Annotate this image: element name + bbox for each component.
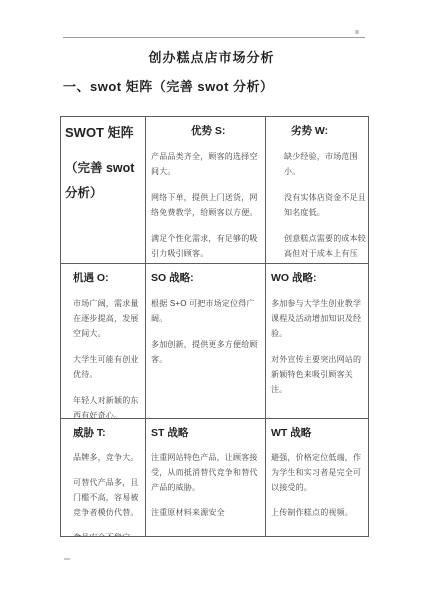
cell-header: SO 战略:	[151, 272, 260, 285]
cell-paragraph: 根据 S+O 可把市场定位得广阔。	[151, 296, 260, 326]
cell-paragraph: 市场广阔，需求量在逐步提高，发展空间大。	[73, 296, 141, 341]
cell-paragraph: 年轻人对新颖的东西有好奇心。	[73, 393, 141, 419]
cell-paragraph: 品牌多，竞争大。	[73, 450, 141, 465]
footer-corner-mark	[64, 558, 70, 560]
cell-paragraph: 注重原材料来源安全	[151, 505, 260, 520]
table-cell-st-strategy: ST 战略 注重网站特色产品，让顾客接受，从而抵消替代竞争和替代产品的威胁。 注…	[146, 419, 266, 536]
cell-header: 机遇 O:	[73, 272, 141, 285]
table-cell-wt-strategy: WT 战略 避强，价格定位低端，作为学生和实习者是完全可以接受的。 上传制作糕点…	[266, 419, 368, 536]
cell-header: WO 战略:	[271, 272, 365, 285]
header-divider-line	[63, 37, 365, 38]
cell-header: 威胁 T:	[73, 427, 141, 440]
cell-paragraph: 对外宣传主要突出网站的新颖特色来吸引顾客关注。	[271, 352, 365, 397]
cell-subheader: （完善 swot 分析）	[65, 156, 141, 206]
cell-paragraph: 没有实体店资金不足且知名度低。	[284, 190, 366, 220]
header-corner-mark	[355, 30, 359, 34]
cell-paragraph: 上传制作糕点的视频。	[271, 505, 365, 520]
cell-header: WT 战略	[271, 427, 365, 440]
cell-paragraph: 大学生可能有创业优待。	[73, 352, 141, 382]
swot-matrix-table: SWOT 矩阵 （完善 swot 分析） 优势 S: 产品品类齐全，顾客的选择空…	[60, 116, 369, 537]
page-title: 创办糕点店市场分析	[0, 47, 423, 66]
cell-header: 劣势 W:	[284, 125, 366, 138]
cell-paragraph: 缺少经验，市场范围小。	[284, 149, 366, 179]
cell-header: 优势 S:	[151, 125, 260, 138]
cell-header: SWOT 矩阵	[65, 125, 141, 141]
cell-paragraph: 注重网站特色产品，让顾客接受，从而抵消替代竞争和替代产品的威胁。	[151, 450, 260, 495]
cell-paragraph: 食品安全不稳定。	[73, 530, 141, 536]
table-cell-wo-strategy: WO 战略: 多加参与大学生创业教学课程及活动增加知识及经验。 对外宣传主要突出…	[266, 264, 368, 419]
section-heading: 一、swot 矩阵（完善 swot 分析）	[63, 76, 274, 95]
cell-paragraph: 网络下单，提供上门送货，网络免费教学，给顾客以方便。	[151, 190, 260, 220]
table-cell-opportunities: 机遇 O: 市场广阔，需求量在逐步提高，发展空间大。 大学生可能有创业优待。 年…	[61, 264, 146, 419]
cell-paragraph: 满足个性化需求，有足够的吸引力吸引顾客。	[151, 231, 260, 261]
table-cell-strengths: 优势 S: 产品品类齐全，顾客的选择空间大。 网络下单，提供上门送货，网络免费教…	[146, 117, 266, 264]
cell-paragraph: 多加创新，提供更多方便给顾客。	[151, 337, 260, 367]
table-cell-threats: 威胁 T: 品牌多，竞争大。 可替代产品多，且门槛不高，容易被竞争者模仿代替。 …	[61, 419, 146, 536]
cell-paragraph: 产品品类齐全，顾客的选择空间大。	[151, 149, 260, 179]
table-cell-weaknesses: 劣势 W: 缺少经验，市场范围小。 没有实体店资金不足且知名度低。 创意糕点需要…	[266, 117, 368, 264]
table-cell-so-strategy: SO 战略: 根据 S+O 可把市场定位得广阔。 多加创新，提供更多方便给顾客。	[146, 264, 266, 419]
cell-paragraph: 可替代产品多，且门槛不高，容易被竞争者模仿代替。	[73, 475, 141, 520]
table-cell-swot-matrix: SWOT 矩阵 （完善 swot 分析）	[61, 117, 146, 264]
cell-paragraph: 多加参与大学生创业教学课程及活动增加知识及经验。	[271, 296, 365, 341]
cell-paragraph: 创意糕点需要的成本较高但对于成本上有压力。	[284, 231, 366, 264]
document-page: 创办糕点店市场分析 一、swot 矩阵（完善 swot 分析） SWOT 矩阵 …	[0, 0, 423, 600]
cell-paragraph: 避强，价格定位低端，作为学生和实习者是完全可以接受的。	[271, 450, 365, 495]
cell-header: ST 战略	[151, 427, 260, 440]
